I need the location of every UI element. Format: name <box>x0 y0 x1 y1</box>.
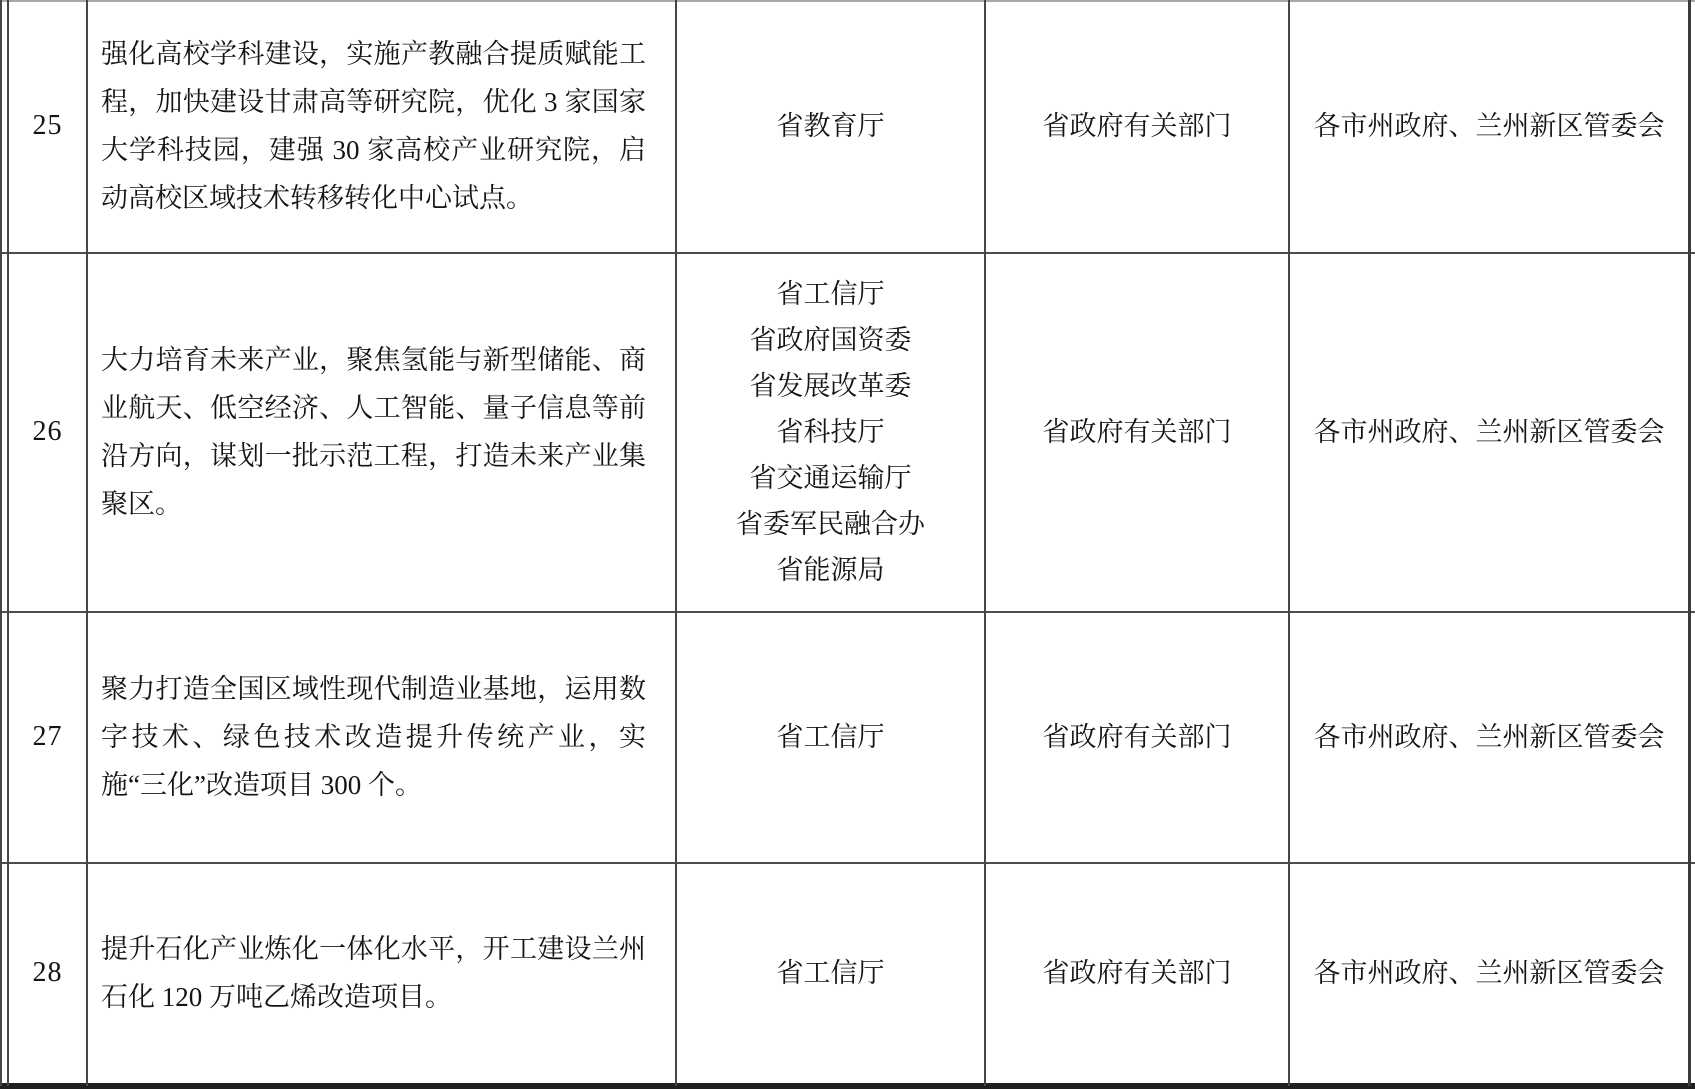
row-number: 27 <box>33 721 63 753</box>
lead-dept: 省工信厅 <box>777 950 885 996</box>
local-govt-cell: 各市州政府、兰州新区管委会 <box>1290 0 1688 252</box>
lead-dept-cell: 省工信厅 省政府国资委 省发展改革委 省科技厅 省交通运输厅 省委军民融合办 省… <box>677 252 984 611</box>
lead-dept-list: 省工信厅 <box>777 950 885 996</box>
task-division-table-page: 25 强化高校学科建设，实施产教融合提质赋能工程，加快建设甘肃高等研究院，优化 … <box>0 0 1695 1089</box>
table-border-vertical <box>1288 0 1290 1086</box>
local-govt: 各市州政府、兰州新区管委会 <box>1314 103 1665 149</box>
lead-dept: 省政府国资委 <box>750 317 912 363</box>
support-dept: 省政府有关部门 <box>1043 714 1232 760</box>
task-cell: 强化高校学科建设，实施产教融合提质赋能工程，加快建设甘肃高等研究院，优化 3 家… <box>88 0 675 252</box>
local-govt: 各市州政府、兰州新区管委会 <box>1314 714 1665 760</box>
lead-dept-list: 省工信厅 省政府国资委 省发展改革委 省科技厅 省交通运输厅 省委军民融合办 省… <box>736 271 925 593</box>
support-dept: 省政府有关部门 <box>1043 103 1232 149</box>
table-border-vertical <box>984 0 986 1086</box>
local-govt-cell: 各市州政府、兰州新区管委会 <box>1290 252 1688 611</box>
support-dept: 省政府有关部门 <box>1043 409 1232 455</box>
task-cell: 大力培育未来产业，聚焦氢能与新型储能、商业航天、低空经济、人工智能、量子信息等前… <box>88 252 675 611</box>
lead-dept: 省能源局 <box>777 547 885 593</box>
row-number: 25 <box>33 110 63 142</box>
row-number-cell: 25 <box>9 0 86 252</box>
lead-dept-cell: 省教育厅 <box>677 0 984 252</box>
lead-dept: 省委军民融合办 <box>736 501 925 547</box>
row-number: 28 <box>33 957 63 989</box>
lead-dept-cell: 省工信厅 <box>677 611 984 862</box>
table-row: 27 聚力打造全国区域性现代制造业基地，运用数字技术、绿色技术改造提升传统产业，… <box>0 611 1695 862</box>
table-border-left-outer <box>0 0 2 1086</box>
lead-dept: 省工信厅 <box>777 714 885 760</box>
lead-dept: 省科技厅 <box>777 409 885 455</box>
table-border-vertical <box>675 0 677 1086</box>
local-govt: 各市州政府、兰州新区管委会 <box>1314 950 1665 996</box>
lead-dept-list: 省工信厅 <box>777 714 885 760</box>
lead-dept: 省发展改革委 <box>750 363 912 409</box>
lead-dept: 省工信厅 <box>777 271 885 317</box>
task-text: 提升石化产业炼化一体化水平，开工建设兰州石化 120 万吨乙烯改造项目。 <box>88 925 675 1021</box>
lead-dept: 省交通运输厅 <box>750 455 912 501</box>
lead-dept-list: 省教育厅 <box>777 103 885 149</box>
local-govt-cell: 各市州政府、兰州新区管委会 <box>1290 862 1688 1083</box>
lead-dept: 省教育厅 <box>777 103 885 149</box>
support-dept: 省政府有关部门 <box>1043 950 1232 996</box>
table-row: 28 提升石化产业炼化一体化水平，开工建设兰州石化 120 万吨乙烯改造项目。 … <box>0 862 1695 1083</box>
support-dept-cell: 省政府有关部门 <box>986 862 1288 1083</box>
table-border-right <box>1688 0 1691 1086</box>
task-text: 强化高校学科建设，实施产教融合提质赋能工程，加快建设甘肃高等研究院，优化 3 家… <box>88 30 675 222</box>
row-number-cell: 27 <box>9 611 86 862</box>
table-row: 26 大力培育未来产业，聚焦氢能与新型储能、商业航天、低空经济、人工智能、量子信… <box>0 252 1695 611</box>
table-border-bottom <box>0 1083 1695 1089</box>
task-cell: 聚力打造全国区域性现代制造业基地，运用数字技术、绿色技术改造提升传统产业，实施“… <box>88 611 675 862</box>
task-text: 聚力打造全国区域性现代制造业基地，运用数字技术、绿色技术改造提升传统产业，实施“… <box>88 665 675 809</box>
row-number-cell: 26 <box>9 252 86 611</box>
local-govt-cell: 各市州政府、兰州新区管委会 <box>1290 611 1688 862</box>
table-border-horizontal <box>0 0 1695 2</box>
lead-dept-cell: 省工信厅 <box>677 862 984 1083</box>
local-govt: 各市州政府、兰州新区管委会 <box>1314 409 1665 455</box>
task-text: 大力培育未来产业，聚焦氢能与新型储能、商业航天、低空经济、人工智能、量子信息等前… <box>88 336 675 528</box>
table-border-horizontal <box>0 862 1695 864</box>
row-number-cell: 28 <box>9 862 86 1083</box>
support-dept-cell: 省政府有关部门 <box>986 252 1288 611</box>
table-border-left-inner <box>7 0 9 1086</box>
row-number: 26 <box>33 416 63 448</box>
table-border-vertical <box>86 0 88 1086</box>
task-cell: 提升石化产业炼化一体化水平，开工建设兰州石化 120 万吨乙烯改造项目。 <box>88 862 675 1083</box>
table-border-horizontal <box>0 611 1695 613</box>
support-dept-cell: 省政府有关部门 <box>986 611 1288 862</box>
table-border-horizontal <box>0 252 1695 254</box>
support-dept-cell: 省政府有关部门 <box>986 0 1288 252</box>
table-row: 25 强化高校学科建设，实施产教融合提质赋能工程，加快建设甘肃高等研究院，优化 … <box>0 0 1695 252</box>
